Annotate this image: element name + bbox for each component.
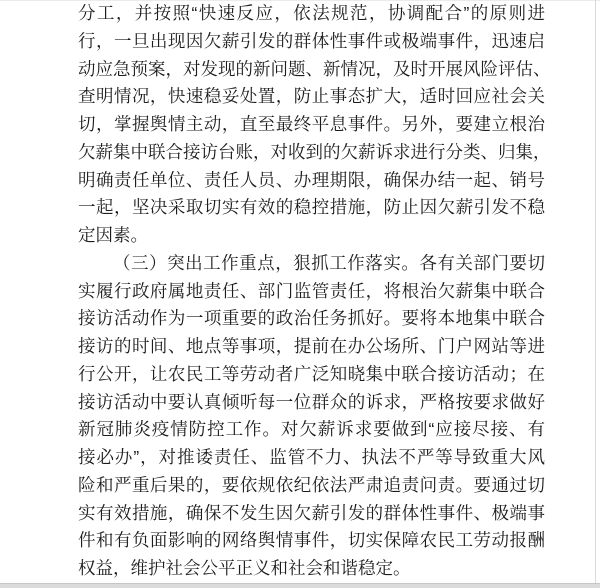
paragraph-emergency-response: 分工，并按照“快速反应，依法规范，协调配合”的原则进 行，一旦出现因欠薪引发的群… xyxy=(78,0,545,250)
text-line: 切，掌握舆情主动，直至最终平息事件。另外，要建立根治 xyxy=(78,111,545,139)
text-line: 定因素。 xyxy=(78,222,545,250)
text-line: 明确责任单位、责任人员、办理期限，确保办结一起、销号 xyxy=(78,167,545,195)
text-line: 接必办”，对推诿责任、监管不力、执法不严等导致重大风 xyxy=(78,444,545,472)
text-line: 接访的时间、地点等事项，提前在办公场所、门户网站等进 xyxy=(78,333,545,361)
text-line: 实履行政府属地责任、部门监管责任，将根治欠薪集中联合 xyxy=(78,278,545,306)
text-line: （三）突出工作重点，狠抓工作落实。各有关部门要切 xyxy=(78,250,545,278)
document-page: 分工，并按照“快速反应，依法规范，协调配合”的原则进 行，一旦出现因欠薪引发的群… xyxy=(0,0,600,588)
text-line: 接访活动中要认真倾听每一位群众的诉求，严格按要求做好 xyxy=(78,389,545,417)
text-line: 欠薪集中联合接访台账，对收到的欠薪诉求进行分类、归集， xyxy=(78,139,545,167)
text-line: 行公开，让农民工等劳动者广泛知晓集中联合接访活动；在 xyxy=(78,361,545,389)
text-line: 动应急预案，对发现的新问题、新情况，及时开展风险评估、 xyxy=(78,56,545,84)
text-line: 险和严重后果的，要依规依纪依法严肃追责问责。要通过切 xyxy=(78,472,545,500)
text-line: 权益，维护社会公平正义和社会和谐稳定。 xyxy=(78,555,545,583)
text-line: 实有效措施，确保不发生因欠薪引发的群体性事件、极端事 xyxy=(78,500,545,528)
text-line: 新冠肺炎疫情防控工作。对欠薪诉求要做到“应接尽接、有 xyxy=(78,416,545,444)
text-line: 一起，坚决采取切实有效的稳控措施，防止因欠薪引发不稳 xyxy=(78,194,545,222)
paragraph-section-three-work-focus: （三）突出工作重点，狠抓工作落实。各有关部门要切 实履行政府属地责任、部门监管责… xyxy=(78,250,545,583)
bottom-edge-bar xyxy=(0,583,600,588)
text-line: 接访活动作为一项重要的政治任务抓好。要将本地集中联合 xyxy=(78,305,545,333)
text-line: 查明情况，快速稳妥处置，防止事态扩大，适时回应社会关 xyxy=(78,83,545,111)
text-line: 行，一旦出现因欠薪引发的群体性事件或极端事件，迅速启 xyxy=(78,28,545,56)
document-text-block: 分工，并按照“快速反应，依法规范，协调配合”的原则进 行，一旦出现因欠薪引发的群… xyxy=(78,0,545,583)
text-line: 分工，并按照“快速反应，依法规范，协调配合”的原则进 xyxy=(78,0,545,28)
page-right-edge-line xyxy=(595,0,596,583)
text-line: 件和有负面影响的网络舆情事件，切实保障农民工劳动报酬 xyxy=(78,527,545,555)
